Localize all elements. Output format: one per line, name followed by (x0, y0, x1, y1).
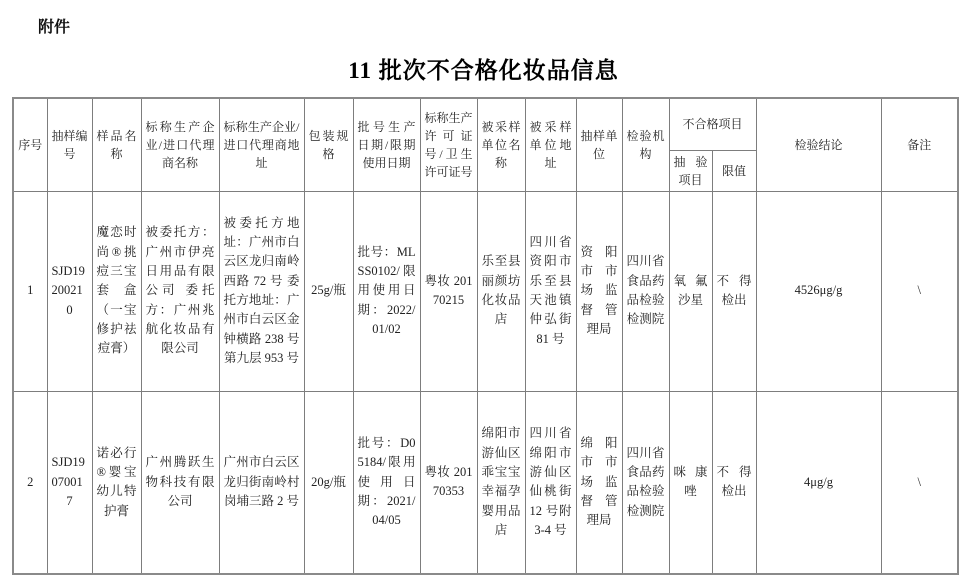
cell-remarks: \ (881, 191, 958, 391)
cell-manufacturer-address: 被委托方地址：广州市白云区龙归南岭西路 72 号 委托方地址：广州市白云区金钟横… (219, 191, 304, 391)
document-page: 附件 11 批次不合格化妆品信息 序号 抽样编号 样品名称 标称生产企业/进口代… (0, 0, 967, 578)
col-header-batch-date: 批号生产日期/限期使用日期 (353, 98, 420, 191)
cell-conclusion: 4526μg/g (756, 191, 881, 391)
cell-manufacturer-name: 广州腾跃生物科技有限公司 (141, 391, 219, 574)
col-header-sample-name: 样品名称 (92, 98, 141, 191)
cell-batch-date: 批号：MLSS0102/限用使用日期：2022/01/02 (353, 191, 420, 391)
cell-batch-date: 批号：D05184/限用使用日期：2021/04/05 (353, 391, 420, 574)
cell-sample-no: SJD19200210 (47, 191, 92, 391)
col-header-conclusion: 检验结论 (756, 98, 881, 191)
cell-limit: 不得检出 (712, 391, 756, 574)
cell-sampled-unit-address: 四川省资阳市乐至县天池镇仲弘街 81 号 (525, 191, 576, 391)
header-row-main: 序号 抽样编号 样品名称 标称生产企业/进口代理商名称 标称生产企业/进口代理商… (13, 98, 958, 150)
cell-limit: 不得检出 (712, 191, 756, 391)
col-header-sampled-unit-name: 被采样单位名称 (477, 98, 525, 191)
cell-conclusion: 4μg/g (756, 391, 881, 574)
col-header-nonconforming-group: 不合格项目 (669, 98, 756, 150)
cell-inspection-agency: 四川省食品药品检验检测院 (622, 191, 669, 391)
cell-remarks: \ (881, 391, 958, 574)
cell-sampled-unit-name: 绵阳市游仙区乖宝宝幸福孕婴用品店 (477, 391, 525, 574)
cell-manufacturer-address: 广州市白云区龙归街南岭村岗埔三路 2 号 (219, 391, 304, 574)
cell-manufacturer-name: 被委托方：广州市伊亮日用品有限公司 委托方：广州兆航化妆品有限公司 (141, 191, 219, 391)
page-title: 11 批次不合格化妆品信息 (0, 52, 967, 85)
col-header-package-spec: 包装规格 (304, 98, 353, 191)
col-header-remarks: 备注 (881, 98, 958, 191)
cell-sample-name: 魔恋时尚®挑痘三宝套盒（一宝修护祛痘膏） (92, 191, 141, 391)
cell-package-spec: 25g/瓶 (304, 191, 353, 391)
col-header-manufacturer-address: 标称生产企业/进口代理商地址 (219, 98, 304, 191)
table-row: 2 SJD19070017 诺必行®婴宝幼儿特护膏 广州腾跃生物科技有限公司 广… (13, 391, 958, 574)
col-header-sampled-unit-address: 被采样单位地址 (525, 98, 576, 191)
cell-sampling-unit: 绵阳市市场监督管理局 (576, 391, 622, 574)
col-header-inspection-agency: 检验机构 (622, 98, 669, 191)
cell-license-no: 粤妆 20170353 (420, 391, 477, 574)
cell-inspection-item: 咪康唑 (669, 391, 712, 574)
cell-sampled-unit-address: 四川省绵阳市游仙区仙桃街 12 号附 3-4 号 (525, 391, 576, 574)
nonconforming-cosmetics-table: 序号 抽样编号 样品名称 标称生产企业/进口代理商名称 标称生产企业/进口代理商… (12, 97, 959, 575)
cell-package-spec: 20g/瓶 (304, 391, 353, 574)
cell-license-no: 粤妆 20170215 (420, 191, 477, 391)
col-header-limit: 限值 (712, 150, 756, 191)
cell-sampling-unit: 资阳市市场监督管理局 (576, 191, 622, 391)
col-header-manufacturer-name: 标称生产企业/进口代理商名称 (141, 98, 219, 191)
cell-inspection-agency: 四川省食品药品检验检测院 (622, 391, 669, 574)
col-header-sampling-unit: 抽样单位 (576, 98, 622, 191)
cell-sample-no: SJD19070017 (47, 391, 92, 574)
col-header-license-no: 标称生产许可证号/卫生许可证号 (420, 98, 477, 191)
cell-sampled-unit-name: 乐至县丽颜坊化妆品店 (477, 191, 525, 391)
cell-seq: 2 (13, 391, 47, 574)
attachment-label: 附件 (38, 14, 70, 37)
cell-sample-name: 诺必行®婴宝幼儿特护膏 (92, 391, 141, 574)
col-header-inspection-item: 抽验项目 (669, 150, 712, 191)
col-header-seq: 序号 (13, 98, 47, 191)
table-row: 1 SJD19200210 魔恋时尚®挑痘三宝套盒（一宝修护祛痘膏） 被委托方：… (13, 191, 958, 391)
cell-seq: 1 (13, 191, 47, 391)
col-header-sample-no: 抽样编号 (47, 98, 92, 191)
cell-inspection-item: 氧氟沙星 (669, 191, 712, 391)
